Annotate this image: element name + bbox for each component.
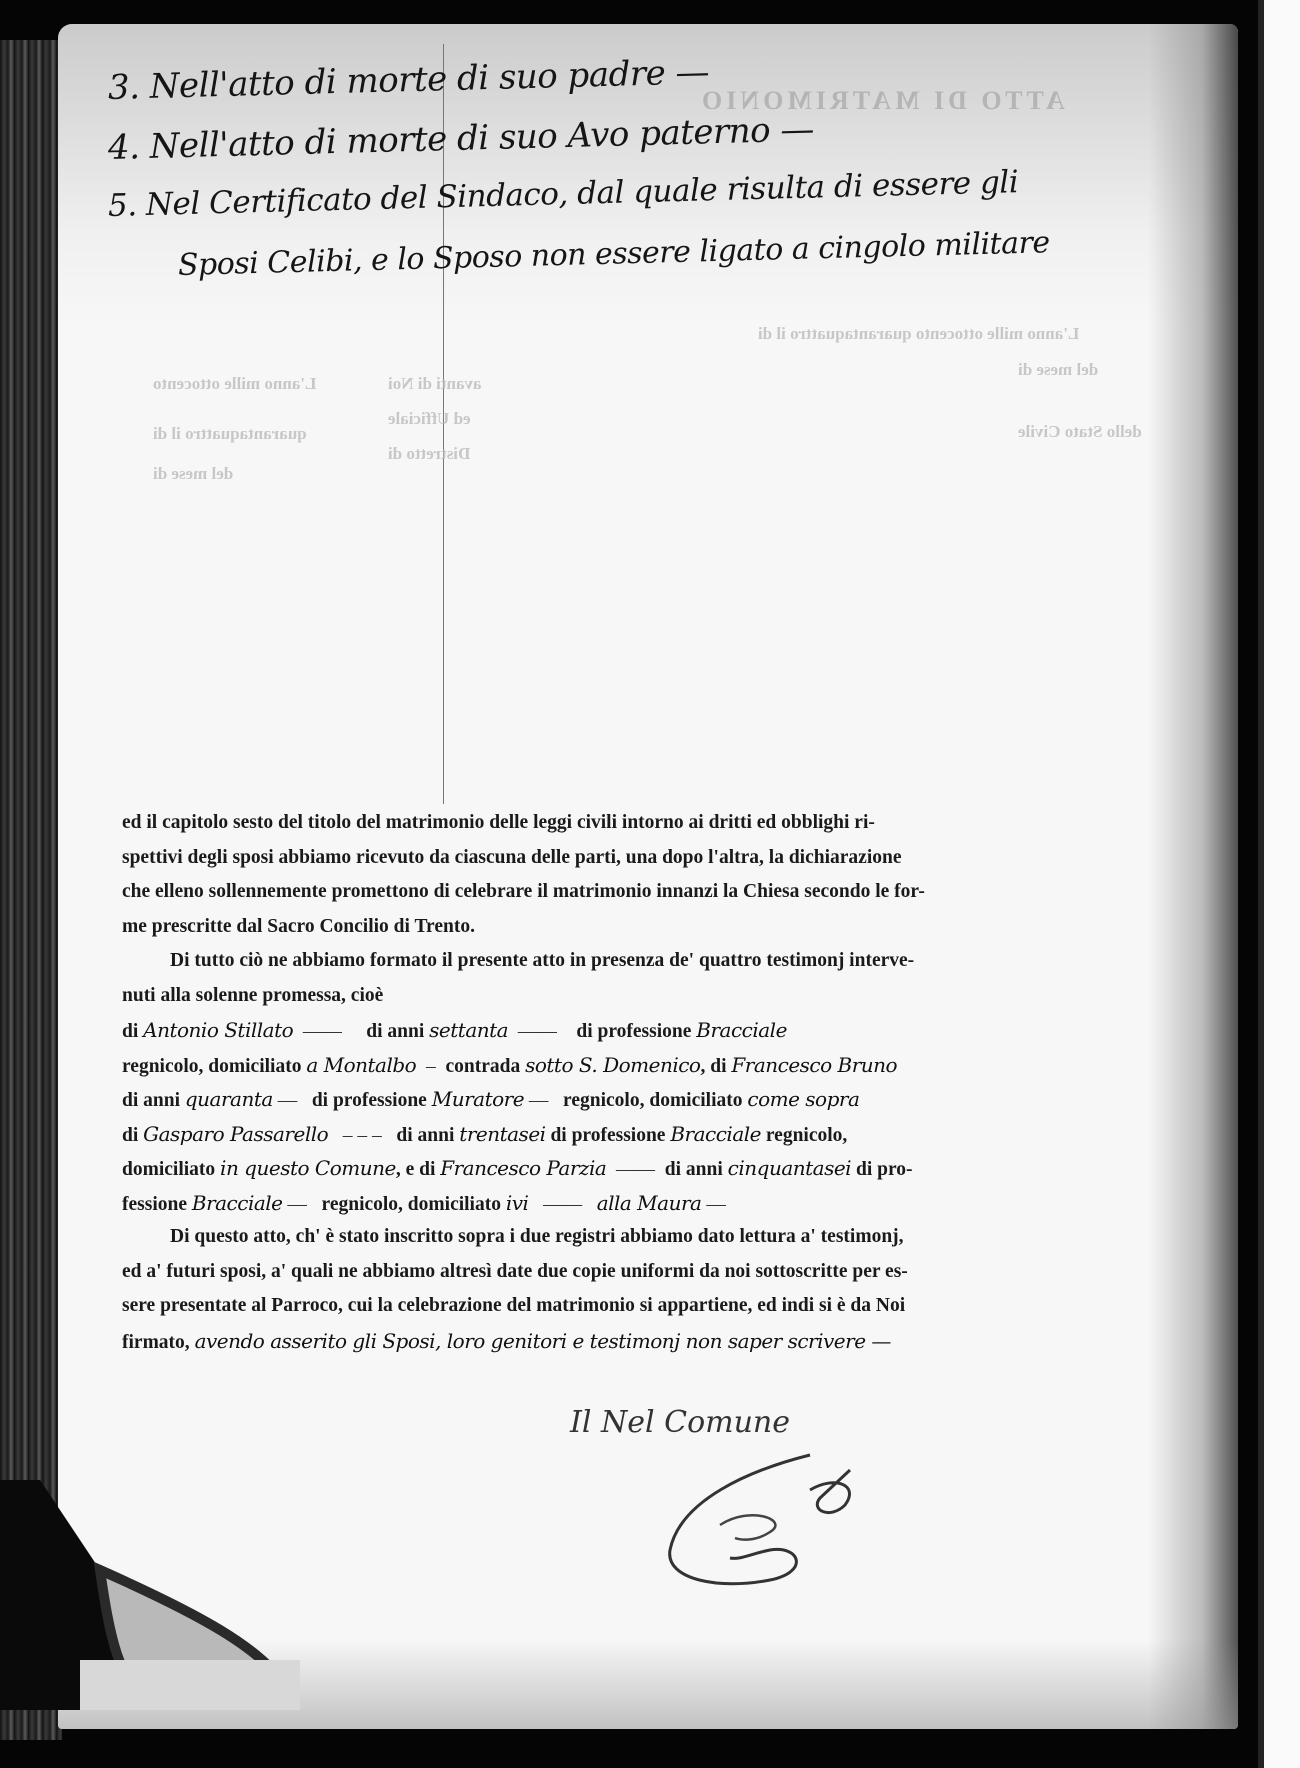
body-line: nuti alla solenne promessa, cioè [122, 979, 1152, 1014]
witness-line: fessione Bracciale — regnicolo, domicili… [122, 1186, 1152, 1221]
bleed-through-text: del mese di [153, 464, 233, 484]
body-line: spettivi degli sposi abbiamo ricevuto da… [122, 841, 1152, 876]
torn-page-corner [0, 1480, 300, 1710]
witness-4-street: alla Maura [597, 1191, 702, 1215]
bleed-through-text: L'anno mille ottocento [153, 374, 316, 394]
witness-4-age: cinquantasei [728, 1156, 851, 1180]
signature-flourish-icon [660, 1450, 890, 1590]
body-line: sere presentate al Parroco, cui la celeb… [122, 1289, 1152, 1324]
witness-1-profession: Bracciale [696, 1018, 787, 1042]
witness-1-residence: a Montalbo [306, 1053, 416, 1077]
bleed-through-text: quarantaquattro il di [153, 424, 307, 444]
witness-line: di Antonio Stillato —— di anni settanta … [122, 1013, 1152, 1048]
bleed-through-text: dello Stato Civile [1018, 422, 1142, 442]
handwritten-closing-note: avendo asserito gli Sposi, loro genitori… [195, 1329, 891, 1353]
body-line: ed a' futuri sposi, a' quali ne abbiamo … [122, 1255, 1152, 1290]
witness-line: di Gasparo Passarello – – – di anni tren… [122, 1117, 1152, 1152]
witness-4-residence: ivi [506, 1191, 529, 1215]
witness-2-profession: Muratore [432, 1087, 524, 1111]
bleed-through-text: del mese di [1018, 360, 1098, 380]
page-shading-right [1148, 24, 1238, 1729]
body-line: Di tutto ciò ne abbiamo formato il prese… [122, 944, 1152, 979]
printed-body: ed il capitolo sesto del titolo del matr… [122, 806, 1152, 1358]
witness-1-name: Antonio Stillato [143, 1018, 293, 1042]
witness-1-age: settanta [429, 1018, 508, 1042]
item-number: 4. [107, 127, 139, 168]
bleed-through-text: L'anno mille ottocento quarantaquattro i… [758, 324, 1079, 344]
witness-3-age: trentasei [459, 1122, 545, 1146]
bleed-through-text: Distretto di [388, 444, 470, 464]
body-line: ed il capitolo sesto del titolo del matr… [122, 806, 1152, 841]
official-signature: Il Nel Comune [570, 1405, 790, 1440]
witness-2-age: quaranta [185, 1087, 273, 1111]
witness-2-name: Francesco Bruno [731, 1053, 897, 1077]
bleed-through-text: avanti di Noi [388, 374, 482, 394]
witness-line: regnicolo, domiciliato a Montalbo – cont… [122, 1048, 1152, 1083]
next-page-edge [1258, 0, 1300, 1768]
bleed-through-text: ed Ufficiale [388, 409, 471, 429]
witness-4-name: Francesco Parzia [440, 1156, 606, 1180]
witness-3-residence: in questo Comune [220, 1156, 396, 1180]
body-line: Di questo atto, ch' è stato inscritto so… [122, 1220, 1152, 1255]
item-number: 3. [107, 67, 139, 108]
body-line: firmato, avendo asserito gli Sposi, loro… [122, 1324, 1152, 1359]
body-line: me prescritte dal Sacro Concilio di Tren… [122, 910, 1152, 945]
witness-2-residence: come sopra [747, 1087, 859, 1111]
witness-line: domiciliato in questo Comune, e di Franc… [122, 1151, 1152, 1186]
item-number: 5. [108, 187, 138, 224]
witness-line: di anni quaranta — di professione Murato… [122, 1082, 1152, 1117]
witness-3-name: Gasparo Passarello [143, 1122, 328, 1146]
witness-1-street: sotto S. Domenico [525, 1053, 700, 1077]
witness-3-profession: Bracciale [670, 1122, 761, 1146]
witness-4-profession: Bracciale [192, 1191, 283, 1215]
body-line: che elleno sollennemente promettono di c… [122, 875, 1152, 910]
